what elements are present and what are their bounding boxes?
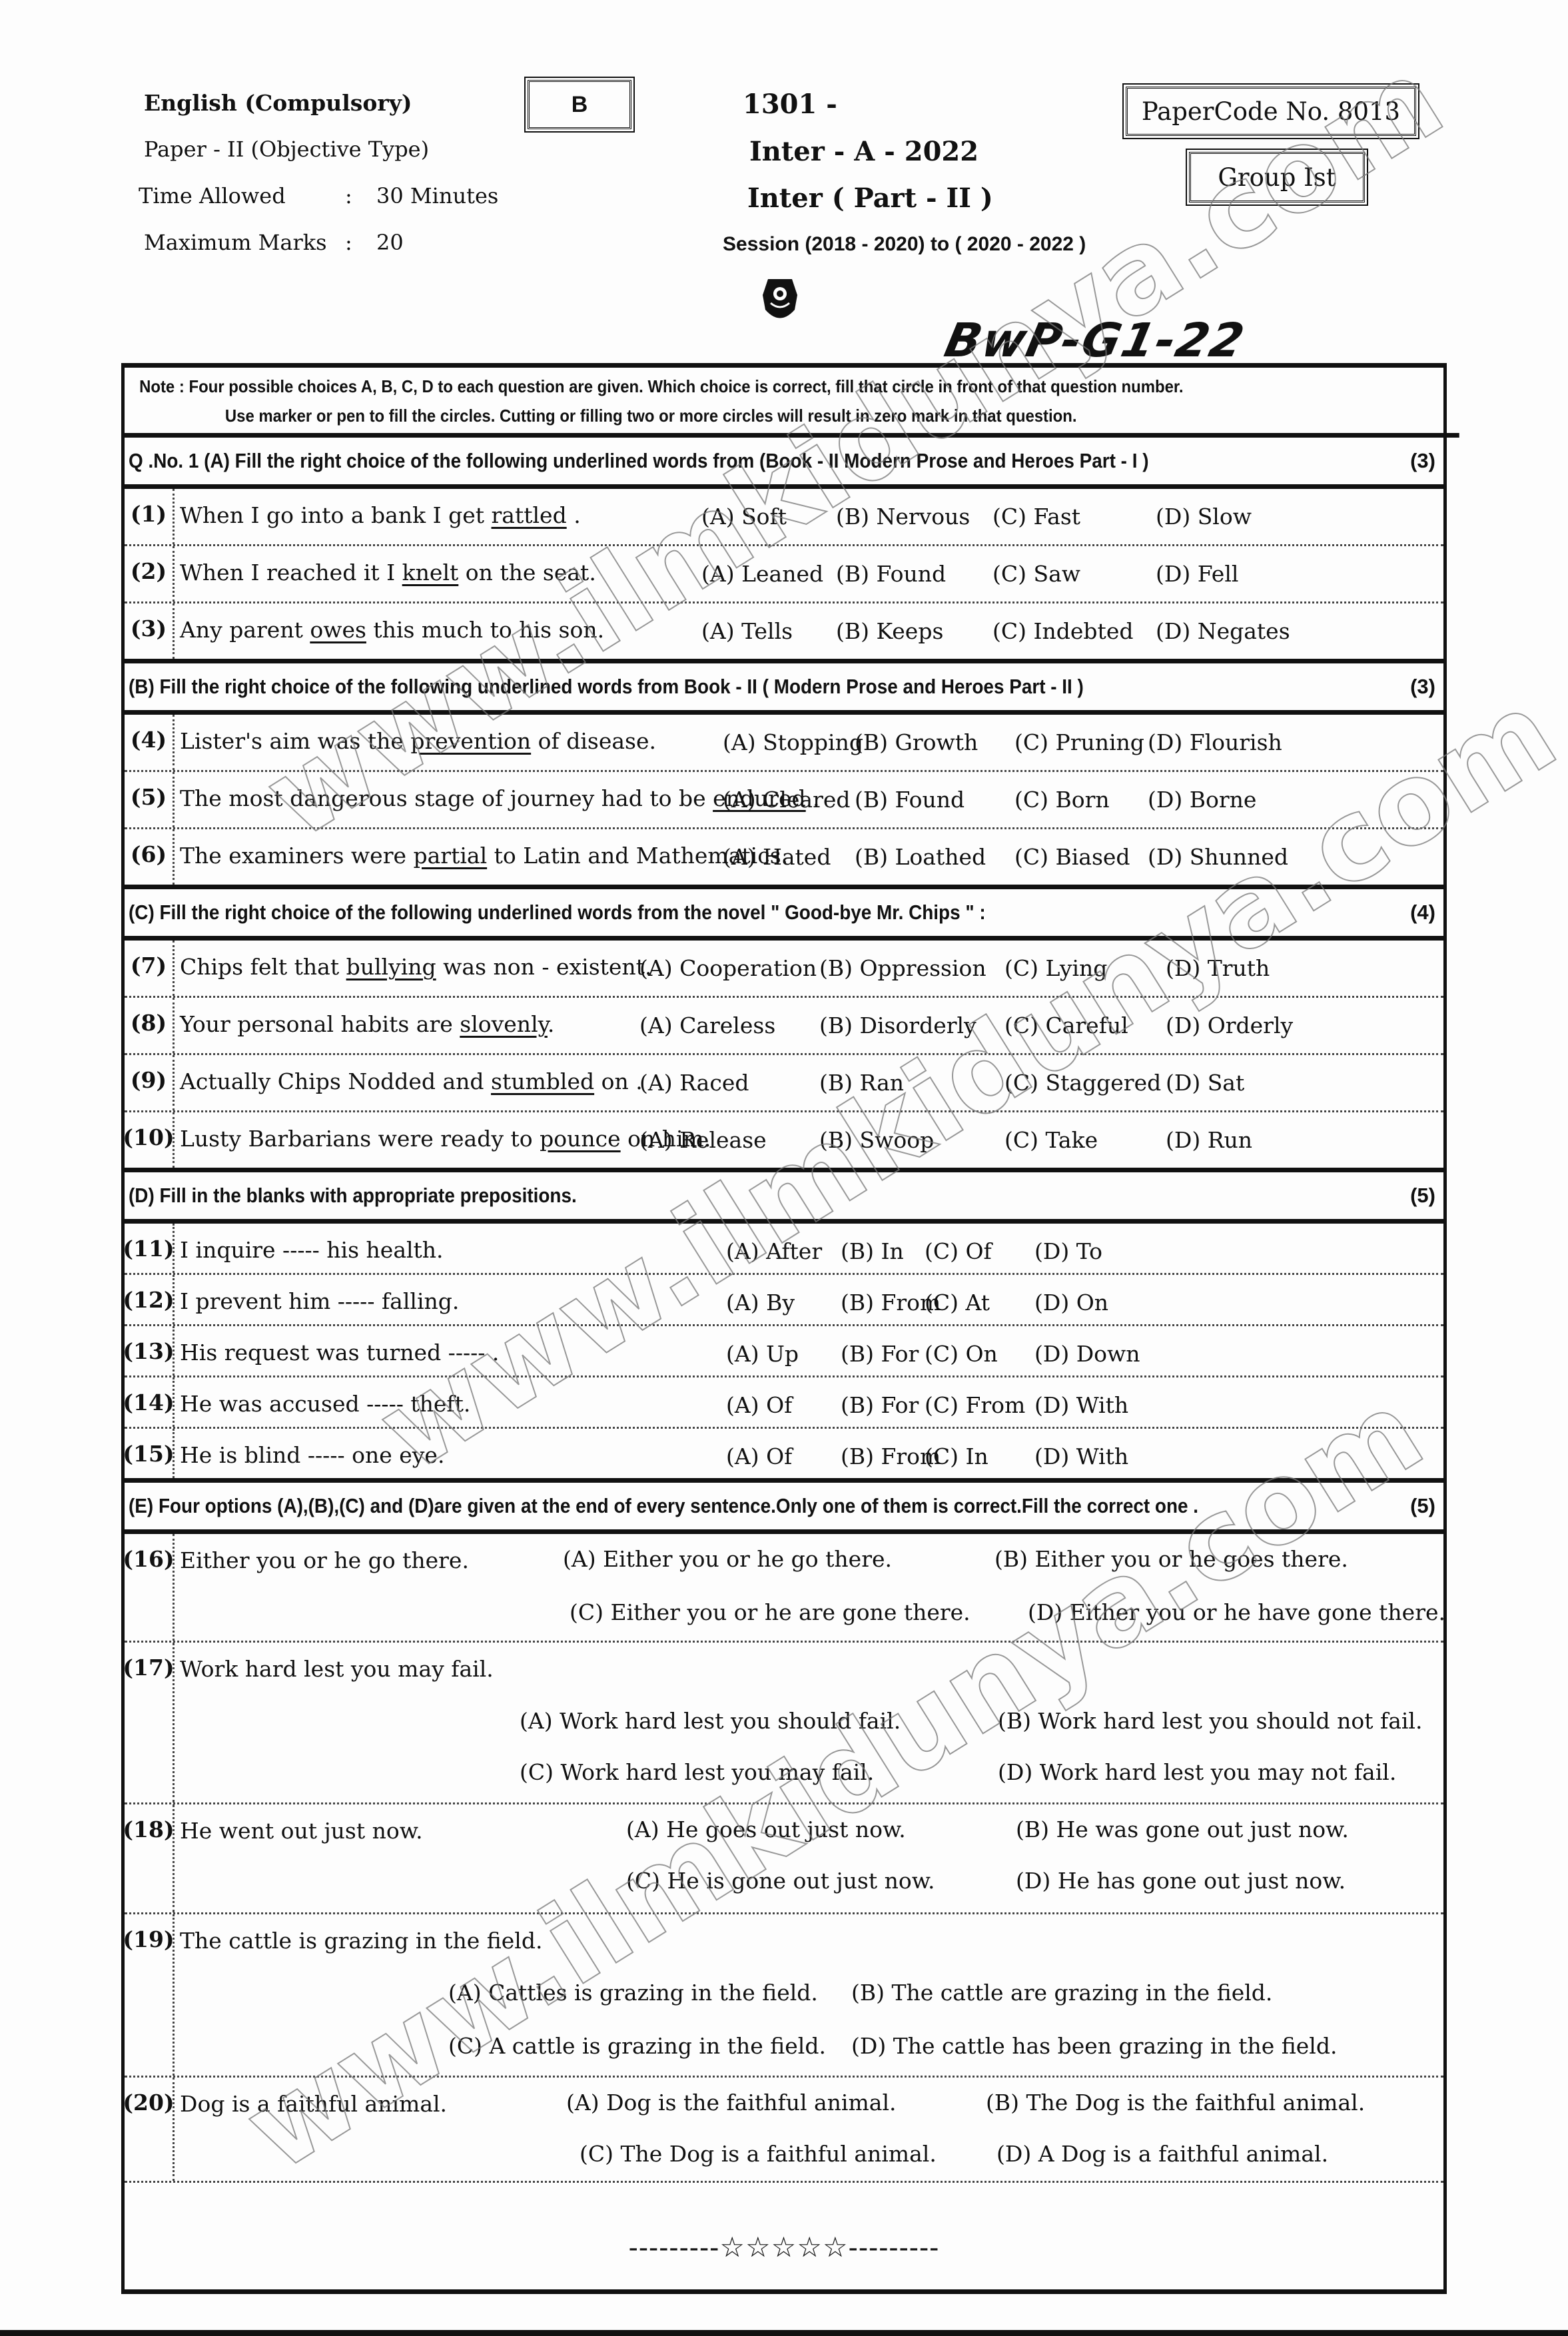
question-number: (20) <box>125 2078 175 2181</box>
answer-option-a[interactable]: (A) Raced <box>639 1070 749 1096</box>
stem-text: The examiners were <box>180 843 414 869</box>
question-body: Lusty Barbarians were ready to pounce on… <box>175 1112 1443 1168</box>
stem-text: this much to his son. <box>366 617 604 643</box>
note-line-1: Note : Four possible choices A, B, C, D … <box>139 372 1449 401</box>
answer-option-a[interactable]: (A) Hated <box>723 844 831 870</box>
question-stem: Dog is a faithful animal. <box>180 2091 447 2117</box>
group-box: Group Ist <box>1189 152 1365 202</box>
section-title: Q .No. 1 (A) Fill the right choice of th… <box>129 449 1148 473</box>
answer-option-d[interactable]: (D) Slow <box>1156 504 1252 530</box>
answer-option-c[interactable]: (C) Careful <box>1004 1012 1128 1038</box>
answer-option-a[interactable]: (A) Careless <box>639 1012 775 1038</box>
answer-option-b[interactable]: (B) For <box>841 1392 919 1418</box>
stem-text: was non - existent. <box>436 954 652 980</box>
answer-option-c[interactable]: (C) At <box>925 1290 990 1316</box>
question-stem: I prevent him ----- falling. <box>180 1288 459 1314</box>
answer-option-c[interactable]: (C) Biased <box>1014 844 1130 870</box>
question-body: He is blind ----- one eye.(A) Of(B) From… <box>175 1429 1443 1478</box>
answer-option-c[interactable]: (C) Born <box>1014 787 1110 813</box>
stem-text: The cattle is grazing in the field. <box>180 1928 542 1954</box>
paper-type: Paper - II (Objective Type) <box>144 137 429 162</box>
answer-option-c[interactable]: (C) Either you or he are gone there. <box>570 1599 971 1625</box>
section-header: (C) Fill the right choice of the followi… <box>125 889 1443 941</box>
question-row: (11)I inquire ----- his health.(A) After… <box>125 1224 1443 1275</box>
answer-option-c[interactable]: (C) Staggered <box>1004 1070 1161 1096</box>
question-row: (3)Any parent owes this much to his son.… <box>125 603 1443 659</box>
answer-option-d[interactable]: (D) With <box>1034 1443 1128 1469</box>
answer-option-c[interactable]: (C) Lying <box>1004 955 1107 981</box>
answer-option-c[interactable]: (C) Saw <box>992 561 1080 587</box>
question-number: (3) <box>125 603 175 659</box>
max-marks-value: 20 <box>376 230 404 255</box>
answer-option-c[interactable]: (C) He is gone out just now. <box>626 1868 935 1894</box>
session-range: Session (2018 - 2020) to ( 2020 - 2022 ) <box>723 233 1086 256</box>
stem-text: on . <box>594 1068 643 1094</box>
answer-option-b[interactable]: (B) Keeps <box>836 618 943 644</box>
stem-text: Your personal habits are <box>180 1011 460 1037</box>
answer-option-c[interactable]: (C) On <box>925 1341 998 1367</box>
answer-option-b[interactable]: (B) Oppression <box>819 955 986 981</box>
section-title: (E) Four options (A),(B),(C) and (D)are … <box>129 1494 1198 1518</box>
answer-option-b[interactable]: (B) In <box>841 1238 904 1264</box>
answer-option-d[interactable]: (D) Orderly <box>1166 1012 1293 1038</box>
question-body: His request was turned ----- .(A) Up(B) … <box>175 1326 1443 1375</box>
question-body: Either you or he go there.(A) Either you… <box>175 1534 1443 1641</box>
paper-code-box: PaperCode No. 8013 <box>1126 87 1416 136</box>
question-stem: I inquire ----- his health. <box>180 1237 444 1263</box>
question-body: I inquire ----- his health.(A) After(B) … <box>175 1224 1443 1273</box>
underlined-word: partial <box>414 843 488 869</box>
stem-text: . <box>567 502 581 528</box>
question-body: Any parent owes this much to his son.(A)… <box>175 603 1443 659</box>
answer-option-d[interactable]: (D) Truth <box>1166 955 1270 981</box>
stem-text: He went out just now. <box>180 1818 423 1844</box>
answer-option-c[interactable]: (C) Take <box>1004 1127 1098 1153</box>
question-row: (10)Lusty Barbarians were ready to pounc… <box>125 1112 1443 1168</box>
question-number: (17) <box>125 1643 175 1802</box>
answer-option-b[interactable]: (B) Disorderly <box>819 1012 977 1038</box>
question-row: (6)The examiners were partial to Latin a… <box>125 829 1443 885</box>
answer-option-b[interactable]: (B) Found <box>855 787 965 813</box>
answer-option-c[interactable]: (C) Indebted <box>992 618 1133 644</box>
question-number: (8) <box>125 998 175 1053</box>
stem-text: I inquire ----- his health. <box>180 1237 444 1263</box>
question-row: (5)The most dangerous stage of journey h… <box>125 772 1443 829</box>
stem-text: Lister's aim was the <box>180 728 410 754</box>
note-line-2: Use marker or pen to fill the circles. C… <box>139 401 1449 430</box>
stem-text: Dog is a faithful animal. <box>180 2091 447 2117</box>
question-number: (15) <box>125 1429 175 1478</box>
section-title: (C) Fill the right choice of the followi… <box>129 901 986 925</box>
question-number: (16) <box>125 1534 175 1641</box>
answer-option-d[interactable]: (D) Negates <box>1156 618 1290 644</box>
section-header: (B) Fill the right choice of the followi… <box>125 663 1443 715</box>
answer-option-c[interactable]: (C) The Dog is a faithful animal. <box>580 2141 937 2167</box>
question-body: When I reached it I knelt on the seat.(A… <box>175 546 1443 601</box>
question-number: (1) <box>125 489 175 544</box>
stem-text: Either you or he go there. <box>180 1547 469 1573</box>
question-body: I prevent him ----- falling.(A) By(B) Fr… <box>175 1275 1443 1324</box>
board-seal-icon <box>761 276 799 326</box>
answer-option-a[interactable]: (A) Up <box>726 1341 799 1367</box>
question-number: (12) <box>125 1275 175 1324</box>
stem-text: His request was turned ----- . <box>180 1340 499 1365</box>
stem-text: I prevent him ----- falling. <box>180 1288 459 1314</box>
instructions-note: Note : Four possible choices A, B, C, D … <box>125 368 1459 438</box>
question-group: (4)Lister's aim was the prevention of di… <box>125 715 1443 889</box>
question-number: (5) <box>125 772 175 827</box>
exam-part: Inter ( Part - II ) <box>747 183 993 214</box>
question-number: (13) <box>125 1326 175 1375</box>
section-header: (E) Four options (A),(B),(C) and (D)are … <box>125 1483 1443 1534</box>
answer-option-a[interactable]: (A) Work hard lest you should fail. <box>520 1708 901 1734</box>
answer-option-a[interactable]: (A) He goes out just now. <box>626 1816 906 1842</box>
answer-option-a[interactable]: (A) Either you or he go there. <box>563 1546 892 1572</box>
question-group: (7)Chips felt that bullying was non - ex… <box>125 941 1443 1172</box>
question-body: Dog is a faithful animal.(A) Dog is the … <box>175 2078 1443 2181</box>
underlined-word: prevention <box>410 728 531 754</box>
question-body: The examiners were partial to Latin and … <box>175 829 1443 885</box>
section-marks: (3) <box>1410 675 1435 699</box>
section-title: (D) Fill in the blanks with appropriate … <box>129 1184 577 1208</box>
question-row: (8)Your personal habits are slovenly.(A)… <box>125 998 1443 1055</box>
answer-option-b[interactable]: (B) The cattle are grazing in the field. <box>851 1980 1272 2006</box>
question-stem: When I go into a bank I get rattled . <box>180 502 581 528</box>
question-body: He went out just now.(A) He goes out jus… <box>175 1804 1443 1912</box>
question-sheet: Note : Four possible choices A, B, C, D … <box>121 363 1447 2294</box>
stem-text: The most dangerous stage of journey had … <box>180 785 713 811</box>
question-body: Work hard lest you may fail.(A) Work har… <box>175 1643 1443 1802</box>
answer-option-b[interactable]: (B) Nervous <box>836 504 970 530</box>
exam-name: Inter - A - 2022 <box>749 136 979 167</box>
answer-option-b[interactable]: (B) Growth <box>855 729 978 755</box>
question-number: (2) <box>125 546 175 601</box>
question-group: (16)Either you or he go there.(A) Either… <box>125 1534 1443 2181</box>
paper-version: B <box>572 92 588 118</box>
question-stem: Lister's aim was the prevention of disea… <box>180 728 656 754</box>
underlined-word: pounce <box>540 1126 621 1152</box>
answer-option-a[interactable]: (A) After <box>726 1238 822 1264</box>
question-row: (19)The cattle is grazing in the field.(… <box>125 1914 1443 2078</box>
question-body: The most dangerous stage of journey had … <box>175 772 1443 827</box>
question-number: (7) <box>125 941 175 996</box>
question-body: The cattle is grazing in the field.(A) C… <box>175 1914 1443 2076</box>
answer-option-d[interactable]: (D) Shunned <box>1148 844 1288 870</box>
answer-option-d[interactable]: (D) Work hard lest you may not fail. <box>998 1759 1396 1785</box>
stem-text: He was accused ----- theft. <box>180 1391 470 1417</box>
question-row: (2)When I reached it I knelt on the seat… <box>125 546 1443 603</box>
underlined-word: rattled <box>492 502 567 528</box>
exam-code: 1301 - <box>743 89 837 120</box>
stem-text: Actually Chips Nodded and <box>180 1068 491 1094</box>
section-marks: (4) <box>1410 901 1435 925</box>
question-number: (6) <box>125 829 175 885</box>
answer-option-a[interactable]: (A) Release <box>639 1127 767 1153</box>
question-stem: Work hard lest you may fail. <box>180 1656 494 1682</box>
question-row: (17)Work hard lest you may fail.(A) Work… <box>125 1643 1443 1804</box>
question-body: Actually Chips Nodded and stumbled on .(… <box>175 1055 1443 1110</box>
answer-option-d[interactable]: (D) Either you or he have gone there. <box>1028 1599 1445 1625</box>
answer-option-b[interactable]: (B) Found <box>836 561 946 587</box>
answer-option-d[interactable]: (D) Fell <box>1156 561 1238 587</box>
answer-option-b[interactable]: (B) Ran <box>819 1070 904 1096</box>
stem-text: He is blind ----- one eye. <box>180 1442 444 1468</box>
question-number: (19) <box>125 1914 175 2076</box>
answer-option-b[interactable]: (B) He was gone out just now. <box>1016 1816 1349 1842</box>
answer-option-a[interactable]: (A) Soft <box>701 504 787 530</box>
question-row: (18)He went out just now.(A) He goes out… <box>125 1804 1443 1914</box>
section-title: (B) Fill the right choice of the followi… <box>129 675 1084 699</box>
handwritten-annotation: BwP-G1-22 <box>940 313 1250 368</box>
answer-option-a[interactable]: (A) By <box>726 1290 795 1316</box>
answer-option-a[interactable]: (A) Of <box>726 1392 792 1418</box>
question-group: (1)When I go into a bank I get rattled .… <box>125 489 1443 663</box>
question-row: (12)I prevent him ----- falling.(A) By(B… <box>125 1275 1443 1326</box>
question-stem: He was accused ----- theft. <box>180 1391 470 1417</box>
question-body: He was accused ----- theft.(A) Of(B) For… <box>175 1377 1443 1427</box>
answer-option-a[interactable]: (A) Stopping <box>723 729 863 755</box>
question-row: (1)When I go into a bank I get rattled .… <box>125 489 1443 546</box>
question-body: When I go into a bank I get rattled .(A)… <box>175 489 1443 544</box>
underlined-word: bullying <box>346 954 436 980</box>
answer-option-d[interactable]: (D) Borne <box>1148 787 1256 813</box>
question-row: (16)Either you or he go there.(A) Either… <box>125 1534 1443 1643</box>
answer-option-d[interactable]: (D) With <box>1034 1392 1128 1418</box>
stem-text: When I reached it I <box>180 560 402 585</box>
answer-option-d[interactable]: (D) A Dog is a faithful animal. <box>996 2141 1328 2167</box>
answer-option-c[interactable]: (C) In <box>925 1443 988 1469</box>
question-number: (10) <box>125 1112 175 1168</box>
question-row: (20)Dog is a faithful animal.(A) Dog is … <box>125 2078 1443 2181</box>
underlined-word: slovenly <box>460 1011 548 1037</box>
question-number: (11) <box>125 1224 175 1273</box>
question-stem: Any parent owes this much to his son. <box>180 617 604 643</box>
answer-option-b[interactable]: (B) Swoop <box>819 1127 934 1153</box>
answer-option-a[interactable]: (A) Cleared <box>723 787 851 813</box>
question-stem: Your personal habits are slovenly. <box>180 1011 554 1037</box>
stem-text: Work hard lest you may fail. <box>180 1656 494 1682</box>
group-label: Group Ist <box>1218 163 1336 192</box>
answer-option-b[interactable]: (B) Either you or he goes there. <box>994 1546 1348 1572</box>
question-row: (7)Chips felt that bullying was non - ex… <box>125 941 1443 998</box>
question-body: Your personal habits are slovenly.(A) Ca… <box>175 998 1443 1053</box>
section-marks: (5) <box>1410 1494 1435 1518</box>
question-number: (14) <box>125 1377 175 1427</box>
question-stem: Either you or he go there. <box>180 1547 469 1573</box>
question-stem: Actually Chips Nodded and stumbled on . <box>180 1068 643 1094</box>
answer-option-b[interactable]: (B) For <box>841 1341 919 1367</box>
question-stem: He went out just now. <box>180 1818 423 1844</box>
scan-edge <box>0 2330 1568 2336</box>
answer-option-a[interactable]: (A) Cooperation <box>639 955 817 981</box>
answer-option-d[interactable]: (D) The cattle has been grazing in the f… <box>851 2033 1337 2059</box>
question-stem: The cattle is grazing in the field. <box>180 1928 542 1954</box>
answer-option-b[interactable]: (B) The Dog is the faithful animal. <box>986 2090 1365 2116</box>
answer-option-a[interactable]: (A) Tells <box>701 618 793 644</box>
answer-option-b[interactable]: (B) Loathed <box>855 844 986 870</box>
section-header: (D) Fill in the blanks with appropriate … <box>125 1172 1443 1224</box>
answer-option-c[interactable]: (C) Fast <box>992 504 1080 530</box>
section-marks: (3) <box>1410 449 1435 473</box>
answer-option-c[interactable]: (C) A cattle is grazing in the field. <box>448 2033 826 2059</box>
end-of-paper-stars: ---------☆☆☆☆☆--------- <box>125 2231 1443 2263</box>
question-number: (18) <box>125 1804 175 1912</box>
answer-option-c[interactable]: (C) Pruning <box>1014 729 1144 755</box>
footer-area: ---------☆☆☆☆☆--------- <box>125 2181 1443 2289</box>
question-row: (14)He was accused ----- theft.(A) Of(B)… <box>125 1377 1443 1429</box>
subject-title: English (Compulsory) <box>144 90 412 116</box>
question-body: Chips felt that bullying was non - exist… <box>175 941 1443 996</box>
answer-option-a[interactable]: (A) Dog is the faithful animal. <box>566 2090 896 2116</box>
paper-version-box: B <box>528 80 631 129</box>
question-number: (4) <box>125 715 175 770</box>
question-number: (9) <box>125 1055 175 1110</box>
question-row: (4)Lister's aim was the prevention of di… <box>125 715 1443 772</box>
underlined-word: knelt <box>402 560 459 585</box>
stem-text: Lusty Barbarians were ready to <box>180 1126 540 1152</box>
time-allowed-label: Time Allowed <box>139 183 286 208</box>
stem-text: Chips felt that <box>180 954 346 980</box>
paper-code: PaperCode No. 8013 <box>1142 97 1400 126</box>
answer-option-d[interactable]: (D) He has gone out just now. <box>1016 1868 1346 1894</box>
question-stem: Chips felt that bullying was non - exist… <box>180 954 651 980</box>
question-row: (9)Actually Chips Nodded and stumbled on… <box>125 1055 1443 1112</box>
max-marks-label: Maximum Marks <box>144 230 327 255</box>
question-group: (11)I inquire ----- his health.(A) After… <box>125 1224 1443 1483</box>
stem-text: of disease. <box>531 728 656 754</box>
marks-sep: : <box>345 230 352 255</box>
time-allowed-value: 30 Minutes <box>376 183 498 208</box>
answer-option-d[interactable]: (D) On <box>1034 1290 1108 1316</box>
question-row: (15)He is blind ----- one eye.(A) Of(B) … <box>125 1429 1443 1478</box>
section-header: Q .No. 1 (A) Fill the right choice of th… <box>125 438 1443 489</box>
question-stem: When I reached it I knelt on the seat. <box>180 560 596 585</box>
stem-text: When I go into a bank I get <box>180 502 492 528</box>
answer-option-d[interactable]: (D) Run <box>1166 1127 1252 1153</box>
answer-option-a[interactable]: (A) Of <box>726 1443 792 1469</box>
answer-option-c[interactable]: (C) Work hard lest you may fail. <box>520 1759 874 1785</box>
answer-option-a[interactable]: (A) Leaned <box>701 561 823 587</box>
stem-text: . <box>548 1011 555 1037</box>
question-stem: Lusty Barbarians were ready to pounce on… <box>180 1126 711 1152</box>
question-row: (13)His request was turned ----- .(A) Up… <box>125 1326 1443 1377</box>
answer-option-a[interactable]: (A) Cattles is grazing in the field. <box>448 1980 818 2006</box>
answer-option-d[interactable]: (D) To <box>1034 1238 1102 1264</box>
underlined-word: owes <box>310 617 366 643</box>
section-marks: (5) <box>1410 1184 1435 1208</box>
question-stem: His request was turned ----- . <box>180 1340 499 1365</box>
answer-option-d[interactable]: (D) Flourish <box>1148 729 1282 755</box>
stem-text: on the seat. <box>458 560 596 585</box>
stem-text: Any parent <box>180 617 310 643</box>
answer-option-b[interactable]: (B) Work hard lest you should not fail. <box>998 1708 1422 1734</box>
question-body: Lister's aim was the prevention of disea… <box>175 715 1443 770</box>
question-stem: He is blind ----- one eye. <box>180 1442 444 1468</box>
time-sep: : <box>345 183 352 208</box>
answer-option-c[interactable]: (C) Of <box>925 1238 992 1264</box>
question-stem: The examiners were partial to Latin and … <box>180 843 788 869</box>
answer-option-d[interactable]: (D) Sat <box>1166 1070 1244 1096</box>
answer-option-d[interactable]: (D) Down <box>1034 1341 1140 1367</box>
underlined-word: stumbled <box>491 1068 594 1094</box>
answer-option-c[interactable]: (C) From <box>925 1392 1025 1418</box>
